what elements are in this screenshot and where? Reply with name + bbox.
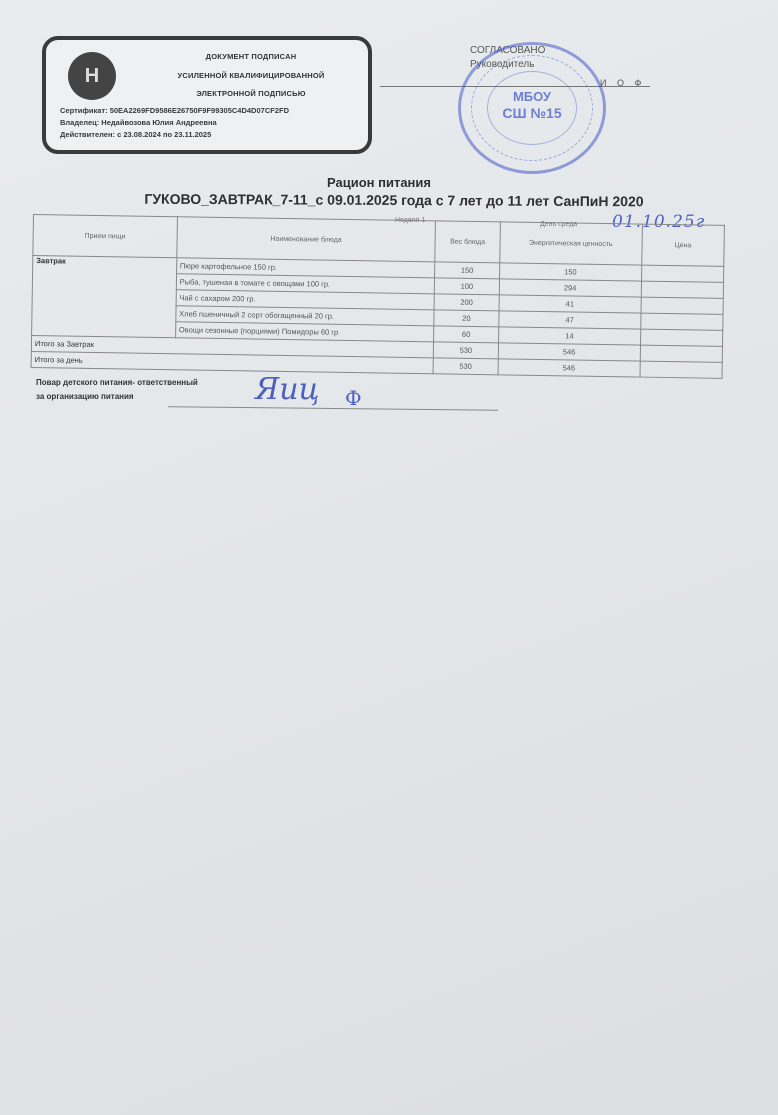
price-cell [640,329,723,346]
sig-title-line: УСИЛЕННОЙ КВАЛИФИЦИРОВАННОЙ [136,71,366,80]
document-page: Н ДОКУМЕНТ ПОДПИСАН УСИЛЕННОЙ КВАЛИФИЦИР… [0,0,778,1115]
total-weight: 530 [433,358,498,375]
price-cell [641,281,724,298]
sig-title-line: ЭЛЕКТРОННОЙ ПОДПИСЬЮ [136,89,366,98]
col-energy: Энергетическая ценность [500,222,643,265]
stamp-org: МБОУ [461,89,603,104]
menu-table-wrapper: Прием пищи Наименование блюда Вес блюда … [31,214,725,379]
weight-cell: 100 [434,278,499,295]
emblem-icon: Н [68,52,116,100]
page-title: Рацион питания [0,175,768,190]
total-price [640,345,723,362]
weight-cell: 20 [434,310,499,327]
weight-cell: 60 [434,326,499,343]
price-cell [640,313,723,330]
approval-initials: И О Ф [600,78,645,88]
handwritten-initial: Ф [345,386,362,410]
weight-cell: 150 [435,262,500,279]
sig-title-line: ДОКУМЕНТ ПОДПИСАН [136,52,366,61]
meal-cell: Завтрак [32,256,177,338]
stamp-school: СШ №15 [461,105,603,121]
col-dish: Наименование блюда [177,217,436,262]
school-stamp: МБОУ СШ №15 [458,42,606,174]
col-meal: Прием пищи [33,215,177,258]
electronic-signature-block: Н ДОКУМЕНТ ПОДПИСАН УСИЛЕННОЙ КВАЛИФИЦИР… [42,36,372,154]
col-weight: Вес блюда [435,221,500,263]
certificate-owner: Владелец: Недайвозова Юлия Андреевна [60,118,217,127]
total-weight: 530 [433,342,498,359]
col-price: Цена [641,224,724,266]
weight-cell: 200 [434,294,499,311]
page-subtitle: ГУКОВО_ЗАВТРАК_7-11_с 09.01.2025 года с … [5,190,778,210]
certificate-number: Сертификат: 50EA2269FD9586E26750F9F99305… [60,106,289,115]
certificate-validity: Действителен: с 23.08.2024 по 23.11.2025 [60,130,211,139]
handwritten-signature: Яиц [255,372,319,407]
responsible-label-1: Повар детского питания- ответственный [36,378,198,387]
menu-table: Прием пищи Наименование блюда Вес блюда … [31,214,725,379]
price-cell [641,297,724,314]
signature-line [168,406,498,410]
total-energy: 546 [498,359,640,377]
total-price [640,361,723,378]
responsible-label-2: за организацию питания [36,392,134,401]
price-cell [641,265,724,282]
